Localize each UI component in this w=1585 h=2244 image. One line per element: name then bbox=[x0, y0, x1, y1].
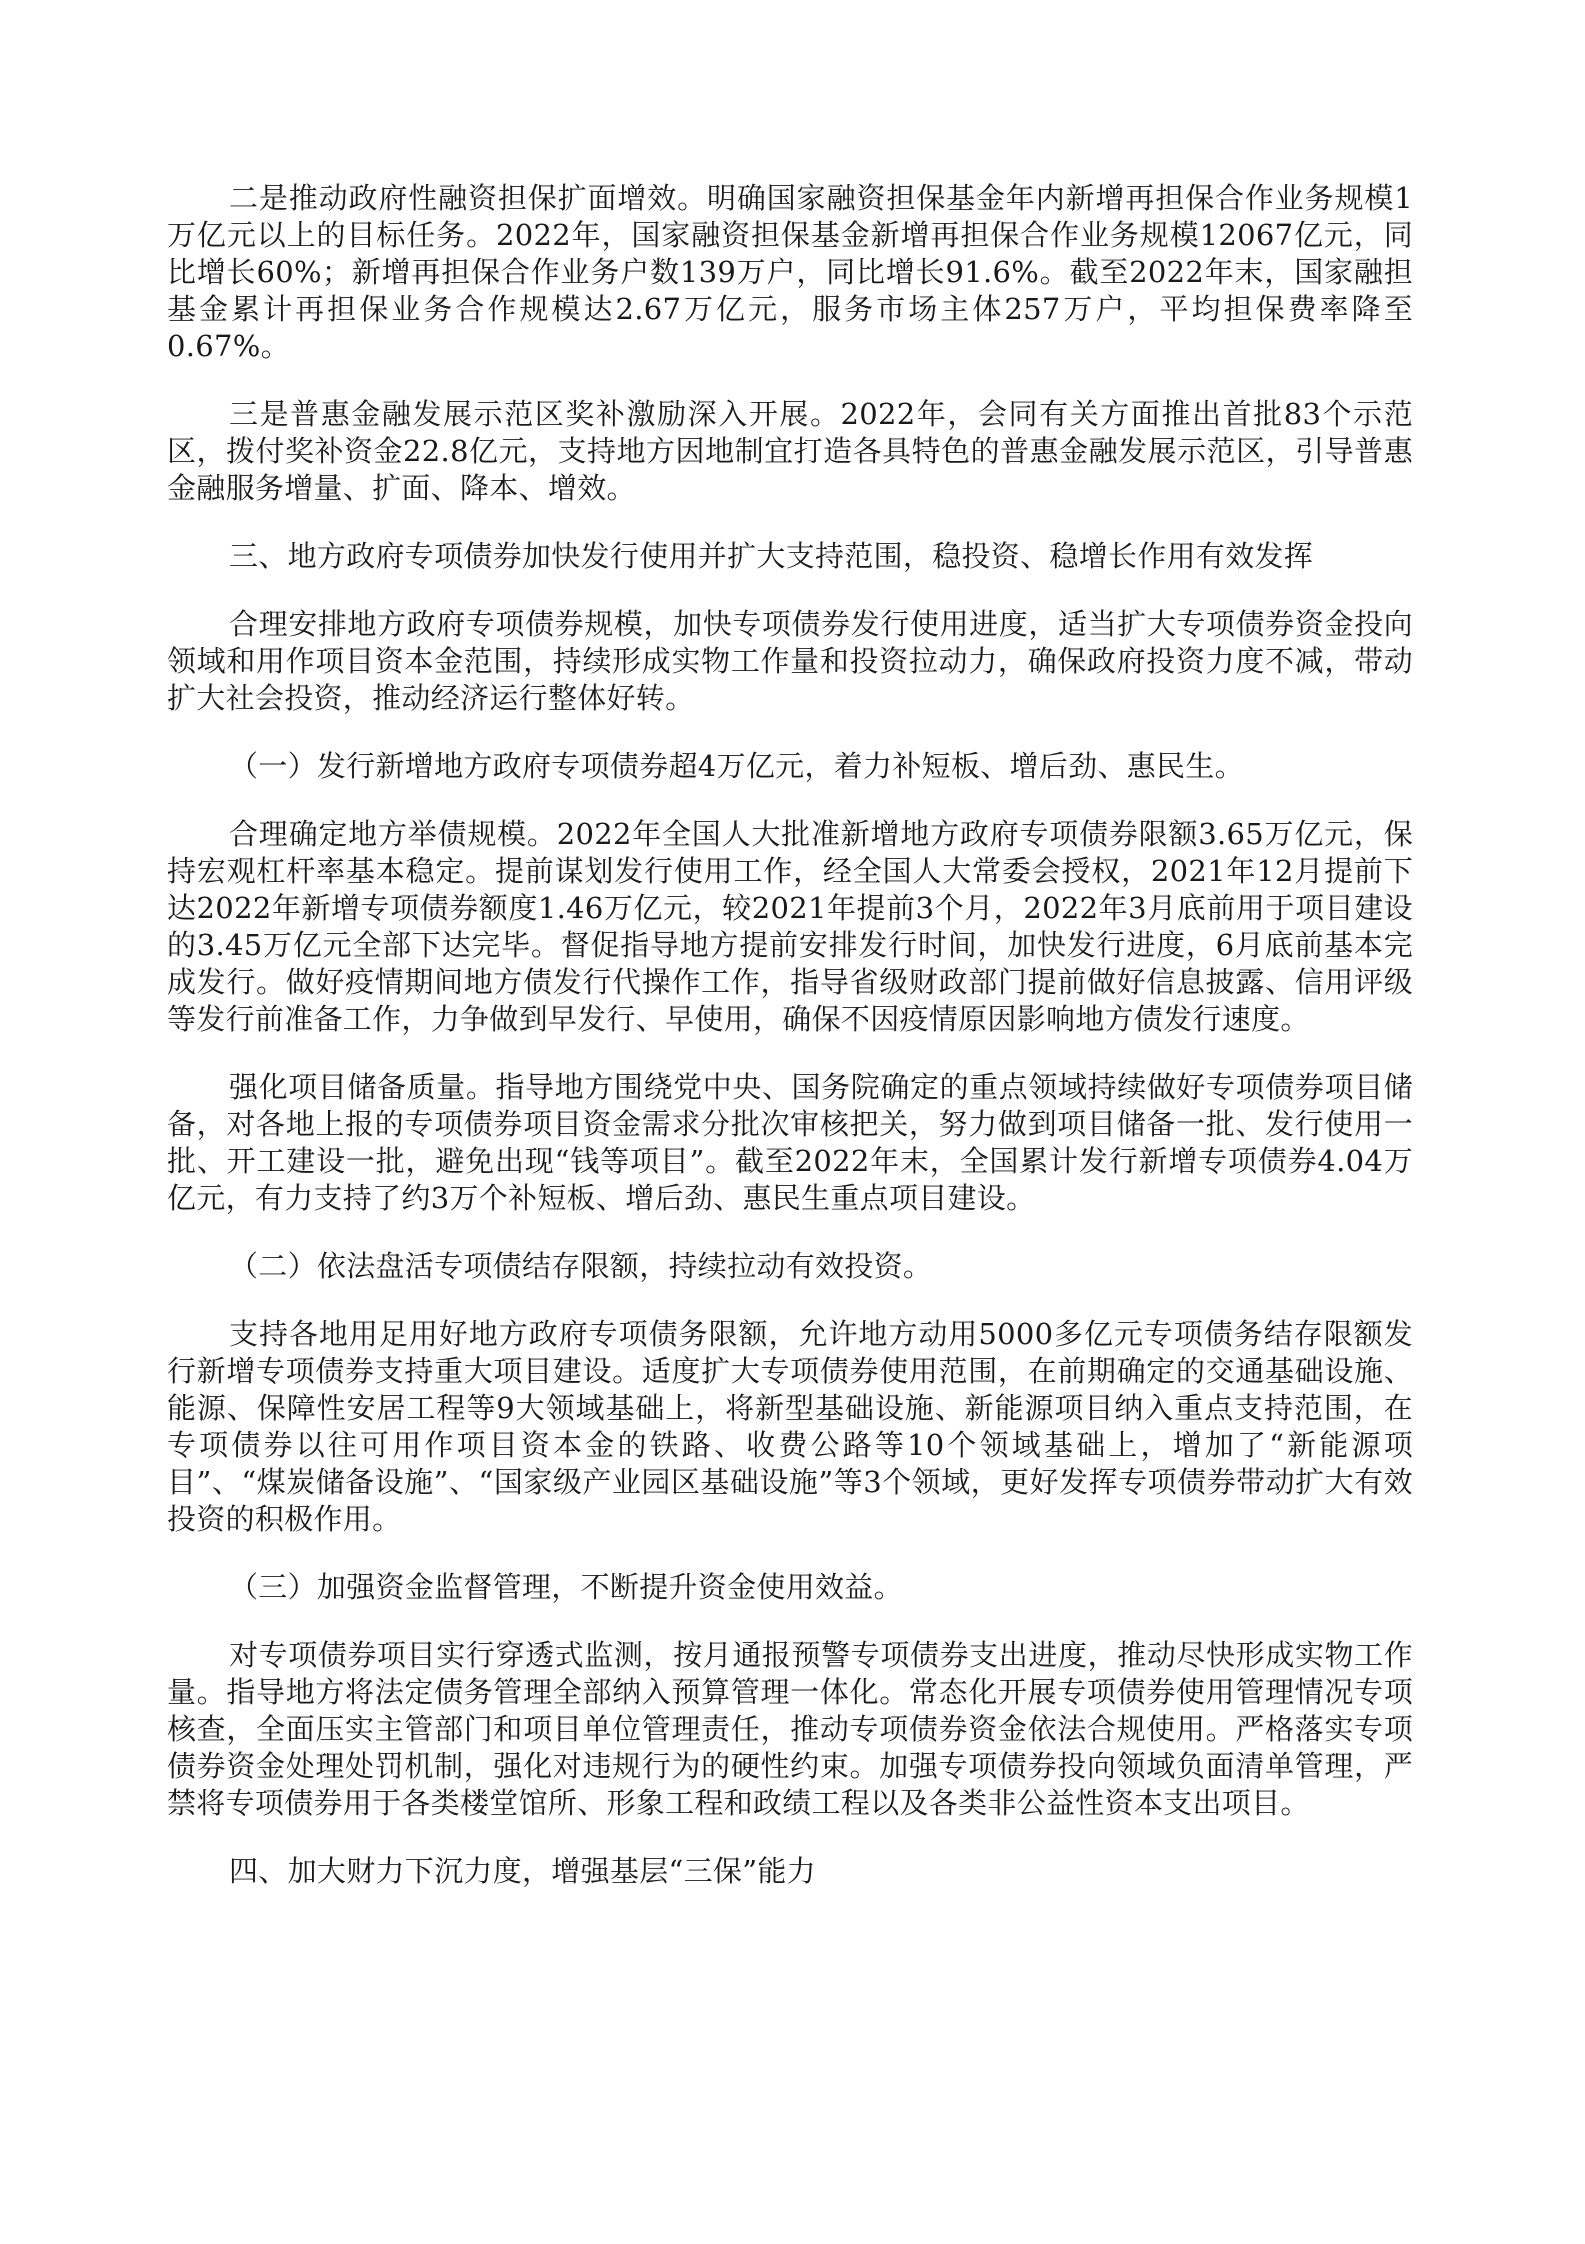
paragraph-quota-utilization: 支持各地用足用好地方政府专项债务限额，允许地方动用5000多亿元专项债务结存限额… bbox=[167, 1316, 1413, 1538]
subsection-heading-3: （三）加强资金监督管理，不断提升资金使用效益。 bbox=[167, 1569, 1413, 1606]
document-body: 二是推动政府性融资担保扩面增效。明确国家融资担保基金年内新增再担保合作业务规模1… bbox=[167, 180, 1413, 1921]
paragraph-project-reserve: 强化项目储备质量。指导地方围绕党中央、国务院确定的重点领域持续做好专项债券项目储… bbox=[167, 1069, 1413, 1217]
subsection-heading-2: （二）依法盘活专项债结存限额，持续拉动有效投资。 bbox=[167, 1248, 1413, 1285]
subsection-heading-1: （一）发行新增地方政府专项债券超4万亿元，着力补短板、增后劲、惠民生。 bbox=[167, 748, 1413, 785]
paragraph-special-bonds-intro: 合理安排地方政府专项债券规模，加快专项债券发行使用进度，适当扩大专项债券资金投向… bbox=[167, 606, 1413, 717]
paragraph-fund-supervision: 对专项债券项目实行穿透式监测，按月通报预警专项债券支出进度，推动尽快形成实物工作… bbox=[167, 1637, 1413, 1822]
section-heading-3: 三、地方政府专项债券加快发行使用并扩大支持范围，稳投资、稳增长作用有效发挥 bbox=[167, 538, 1413, 575]
section-heading-4: 四、加大财力下沉力度，增强基层“三保”能力 bbox=[167, 1853, 1413, 1890]
paragraph-financing-guarantee: 二是推动政府性融资担保扩面增效。明确国家融资担保基金年内新增再担保合作业务规模1… bbox=[167, 180, 1413, 365]
paragraph-inclusive-finance-zones: 三是普惠金融发展示范区奖补激励深入开展。2022年，会同有关方面推出首批83个示… bbox=[167, 396, 1413, 507]
paragraph-debt-scale: 合理确定地方举债规模。2022年全国人大批准新增地方政府专项债券限额3.65万亿… bbox=[167, 816, 1413, 1038]
